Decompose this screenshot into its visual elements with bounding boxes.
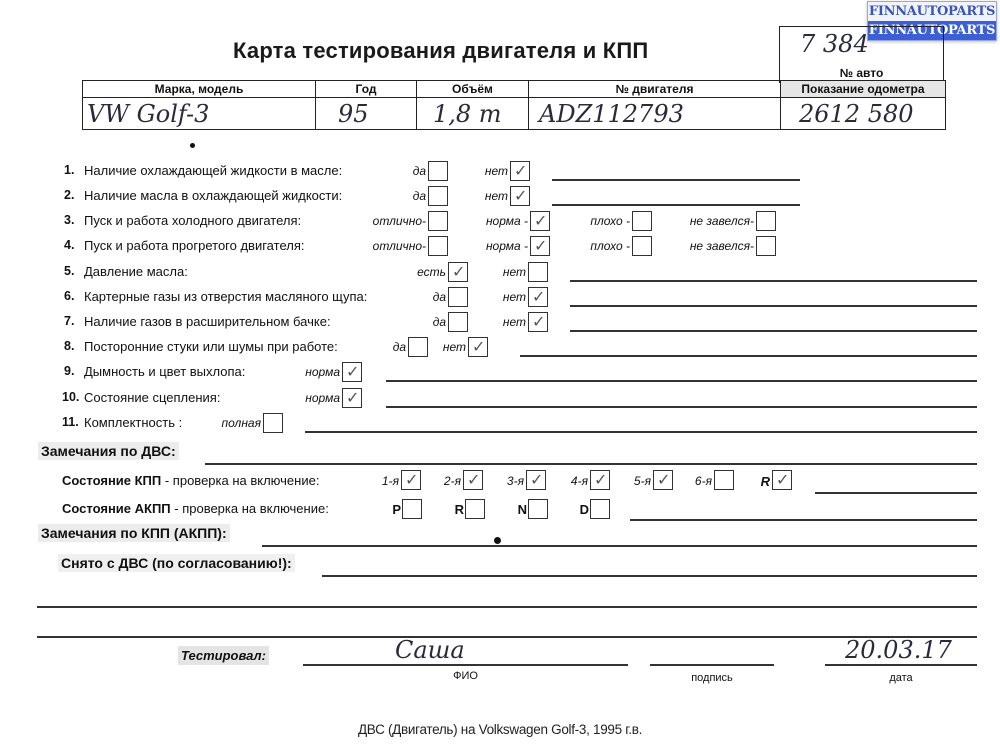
option-label: норма (305, 365, 340, 379)
col-odometer: Показание одометра (781, 81, 946, 98)
gear-checkbox[interactable] (714, 470, 734, 490)
auto-position-checkbox[interactable] (590, 499, 610, 519)
gear-checkbox[interactable] (653, 470, 673, 490)
auto-gearbox-label-rest: - проверка на включение: (171, 501, 329, 516)
option-label: не завелся- (690, 239, 754, 253)
checklist-item-number: 5. (64, 264, 74, 278)
gear-label: 2-я (444, 474, 461, 488)
gearbox-remarks-label: Замечания по КПП (АКПП): (38, 524, 230, 542)
auto-position-label: P (392, 502, 401, 517)
option-label: отлично- (373, 214, 426, 228)
ink-spot (494, 537, 501, 544)
notes-line-1[interactable] (37, 606, 977, 608)
checklist-item-label: Посторонние стуки или шумы при работе: (84, 339, 338, 354)
option-label: да (433, 290, 446, 304)
auto-position-label: N (518, 502, 527, 517)
option-checkbox[interactable] (510, 186, 530, 206)
auto-position-checkbox[interactable] (402, 499, 422, 519)
engine-remarks-line[interactable] (205, 463, 977, 465)
gear-label: 5-я (634, 474, 651, 488)
option-checkbox[interactable] (342, 388, 362, 408)
option-label: плохо - (590, 214, 630, 228)
option-checkbox[interactable] (448, 287, 468, 307)
option-checkbox[interactable] (756, 211, 776, 231)
option-label: да (413, 164, 426, 178)
checklist-item-label: Наличие масла в охлаждающей жидкости: (84, 188, 342, 203)
checklist-notes-line[interactable] (552, 204, 800, 206)
option-checkbox[interactable] (530, 236, 550, 256)
checklist-item-label: Наличие охлаждающей жидкости в масле: (84, 163, 342, 178)
auto-position-label: R (455, 502, 464, 517)
gear-label: 6-я (695, 474, 712, 488)
option-checkbox[interactable] (632, 211, 652, 231)
checklist-item-number: 9. (64, 364, 74, 378)
option-checkbox[interactable] (528, 312, 548, 332)
checklist-item-number: 6. (64, 289, 74, 303)
manual-gearbox-label-bold: Состояние КПП (62, 473, 161, 488)
make-model-value: VW Golf-3 (83, 98, 316, 130)
removed-parts-line[interactable] (322, 575, 977, 577)
checklist-item-label: Картерные газы из отверстия масляного щу… (84, 289, 367, 304)
option-label: нет (503, 290, 526, 304)
vehicle-number-value: 7 384 (800, 30, 869, 58)
option-checkbox[interactable] (408, 337, 428, 357)
signature-line[interactable] (650, 664, 774, 666)
col-make-model: Марка, модель (83, 81, 316, 98)
auto-position-checkbox[interactable] (528, 499, 548, 519)
option-checkbox[interactable] (428, 236, 448, 256)
checklist-item-label: Давление масла: (84, 264, 188, 279)
option-checkbox[interactable] (448, 312, 468, 332)
checklist-item-label: Дымность и цвет выхлопа: (84, 364, 245, 379)
option-label: есть (417, 265, 446, 279)
manual-gearbox-label-rest: - проверка на включение: (161, 473, 319, 488)
auto-position-label: D (580, 502, 589, 517)
option-label: плохо - (590, 239, 630, 253)
gear-label: 4-я (571, 474, 588, 488)
col-year: Год (316, 81, 417, 98)
checklist-item-label: Наличие газов в расширительном бачке: (84, 314, 331, 329)
gear-label: 1-я (382, 474, 399, 488)
checklist-notes-line[interactable] (386, 380, 977, 382)
form-title: Карта тестирования двигателя и КПП (233, 38, 648, 64)
checklist-item-label: Состояние сцепления: (84, 390, 220, 405)
option-checkbox[interactable] (528, 287, 548, 307)
checklist-notes-line[interactable] (520, 355, 977, 357)
option-label: да (433, 315, 446, 329)
option-checkbox[interactable] (468, 337, 488, 357)
checklist-item-number: 7. (64, 314, 74, 328)
auto-position-checkbox[interactable] (465, 499, 485, 519)
engine-remarks-label: Замечания по ДВС: (38, 442, 179, 460)
image-caption: ДВС (Двигатель) на Volkswagen Golf-3, 19… (0, 722, 1000, 737)
ink-spot (190, 143, 195, 148)
signature-caption: подпись (650, 672, 774, 684)
checklist-item-label: Пуск и работа холодного двигателя: (84, 213, 301, 228)
vehicle-number-label: № авто (779, 66, 944, 80)
checklist-item-number: 1. (64, 163, 74, 177)
checklist-item-number: 10. (62, 390, 79, 404)
gear-checkbox[interactable] (526, 470, 546, 490)
checklist-item-number: 11. (62, 415, 79, 429)
option-label: норма - (486, 214, 528, 228)
tester-name-value: Саша (395, 636, 465, 664)
checklist-item-number: 4. (64, 238, 74, 252)
odometer-value: 2612 580 (781, 98, 946, 130)
option-checkbox[interactable] (448, 262, 468, 282)
col-engine-number: № двигателя (529, 81, 781, 98)
col-volume: Объём (417, 81, 529, 98)
checklist-notes-line[interactable] (570, 280, 977, 282)
manual-gearbox-label: Состояние КПП - проверка на включение: (62, 473, 319, 488)
option-label: нет (485, 189, 508, 203)
option-checkbox[interactable] (342, 362, 362, 382)
checklist-notes-line[interactable] (386, 406, 977, 408)
option-label: норма (305, 391, 340, 405)
vehicle-info-table: Марка, модель Год Объём № двигателя Пока… (82, 80, 946, 130)
removed-parts-label: Снято с ДВС (по согласованию!): (58, 554, 295, 572)
tester-name-line[interactable] (303, 664, 628, 666)
checklist-item-number: 3. (64, 213, 74, 227)
option-checkbox[interactable] (263, 413, 283, 433)
option-checkbox[interactable] (428, 211, 448, 231)
date-value: 20.03.17 (845, 636, 952, 664)
option-label: не завелся- (690, 214, 754, 228)
checklist-item-label: Комплектность : (84, 415, 182, 430)
checklist-notes-line[interactable] (305, 431, 977, 433)
option-checkbox[interactable] (632, 236, 652, 256)
option-label: нет (443, 340, 466, 354)
auto-gearbox-label: Состояние АКПП - проверка на включение: (62, 501, 329, 516)
gearbox-remarks-line[interactable] (262, 545, 977, 547)
checklist-item-label: Пуск и работа прогретого двигателя: (84, 238, 304, 253)
tested-by-label: Тестировал: (178, 646, 269, 665)
option-label: нет (503, 315, 526, 329)
option-checkbox[interactable] (428, 186, 448, 206)
option-checkbox[interactable] (530, 211, 550, 231)
engine-number-value: ADZ112793 (529, 98, 781, 130)
gear-label: 3-я (507, 474, 524, 488)
checklist-notes-line[interactable] (552, 179, 800, 181)
auto-gearbox-label-bold: Состояние АКПП (62, 501, 171, 516)
option-checkbox[interactable] (428, 161, 448, 181)
checklist-item-number: 8. (64, 339, 74, 353)
checklist-notes-line[interactable] (570, 305, 977, 307)
option-checkbox[interactable] (756, 236, 776, 256)
year-value: 95 (316, 98, 417, 130)
date-line[interactable] (825, 664, 977, 666)
gear-checkbox[interactable] (401, 470, 421, 490)
option-label: полная (222, 416, 261, 430)
tester-name-caption: ФИО (303, 670, 628, 682)
watermark-text-top: FINNAUTOPARTS (868, 2, 996, 21)
gear-label: R (761, 474, 770, 489)
option-label: да (413, 189, 426, 203)
option-label: да (393, 340, 406, 354)
date-caption: дата (825, 672, 977, 684)
gear-checkbox[interactable] (463, 470, 483, 490)
checklist-notes-line[interactable] (570, 330, 977, 332)
gear-checkbox[interactable] (590, 470, 610, 490)
option-checkbox[interactable] (510, 161, 530, 181)
auto-gearbox-notes-line[interactable] (630, 519, 977, 521)
volume-value: 1,8 m (417, 98, 529, 130)
gear-checkbox[interactable] (772, 470, 792, 490)
checklist-item-number: 2. (64, 188, 74, 202)
option-checkbox[interactable] (528, 262, 548, 282)
option-label: нет (485, 164, 508, 178)
option-label: отлично- (373, 239, 426, 253)
manual-gearbox-notes-line[interactable] (815, 492, 977, 494)
option-label: нет (503, 265, 526, 279)
notes-line-2[interactable] (37, 636, 977, 638)
option-label: норма - (486, 239, 528, 253)
